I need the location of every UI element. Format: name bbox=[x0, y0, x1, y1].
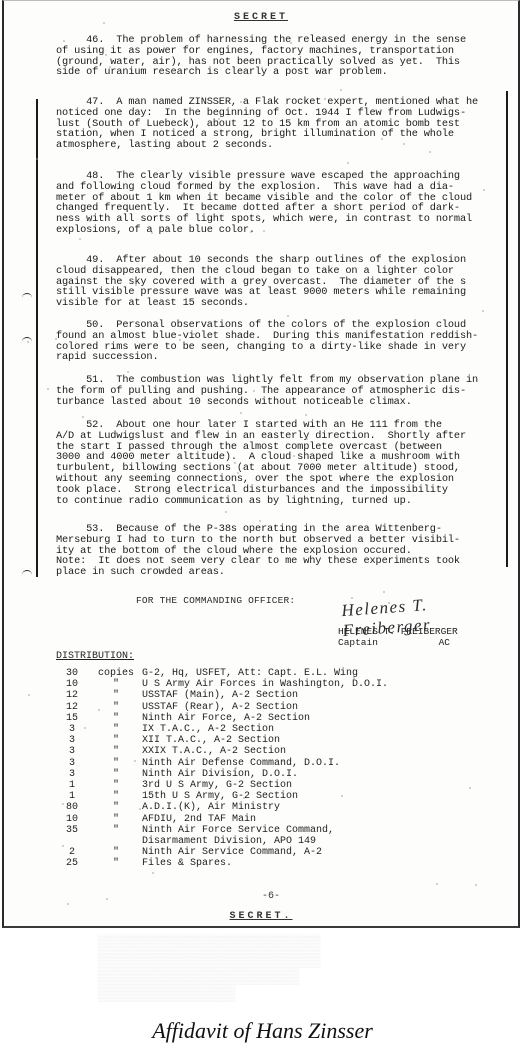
distribution-qty: 15 bbox=[54, 713, 90, 724]
distribution-destination: XII T.A.C., A-2 Section bbox=[142, 735, 454, 746]
distribution-destination: U S Army Air Forces in Washington, D.O.I… bbox=[142, 679, 454, 690]
distribution-unit: " bbox=[90, 780, 142, 791]
paragraph-46: 46. The problem of harnessing the releas… bbox=[56, 35, 496, 78]
distribution-qty: 30 bbox=[54, 668, 90, 679]
distribution-unit: " bbox=[90, 713, 142, 724]
distribution-destination: IX T.A.C., A-2 Section bbox=[142, 724, 454, 735]
distribution-unit: " bbox=[90, 847, 142, 858]
signer-rank: Captain bbox=[338, 637, 378, 648]
distribution-row: 3"XII T.A.C., A-2 Section bbox=[54, 735, 454, 746]
distribution-unit: " bbox=[90, 791, 142, 802]
distribution-qty: 12 bbox=[54, 702, 90, 713]
distribution-row: 25"Files & Spares. bbox=[54, 858, 454, 869]
distribution-destination: Files & Spares. bbox=[142, 858, 454, 869]
paragraph-49: 49. After about 10 seconds the sharp out… bbox=[56, 255, 496, 309]
document-page: SECRET 46. The problem of harnessing the… bbox=[2, 0, 520, 928]
distribution-qty: 3 bbox=[54, 746, 90, 757]
signer-block: HELENES T. FREIBERGERCaptainAC bbox=[338, 626, 458, 648]
distribution-destination: A.D.I.(K), Air Ministry bbox=[142, 802, 454, 813]
distribution-destination: AFDIU, 2nd TAF Main bbox=[142, 814, 454, 825]
classification-stamp-top: SECRET bbox=[4, 12, 518, 23]
page-number: -6- bbox=[4, 891, 518, 902]
distribution-row: 1"15th U S Army, G-2 Section bbox=[54, 791, 454, 802]
distribution-destination: USSTAF (Main), A-2 Section bbox=[142, 690, 454, 701]
paragraph-51: 51. The combustion was lightly felt from… bbox=[56, 375, 496, 407]
signoff-line: FOR THE COMMANDING OFFICER: bbox=[136, 595, 295, 606]
signer-branch: AC bbox=[439, 637, 450, 648]
classification-stamp-bottom: SECRET. bbox=[4, 911, 518, 922]
distribution-unit: " bbox=[90, 679, 142, 690]
distribution-qty: 3 bbox=[54, 758, 90, 769]
distribution-destination: Disarmament Division, APO 149 bbox=[142, 836, 454, 847]
distribution-qty bbox=[54, 836, 90, 847]
paragraph-48: 48. The clearly visible pressure wave es… bbox=[56, 171, 496, 236]
distribution-unit: " bbox=[90, 825, 142, 836]
distribution-unit: " bbox=[90, 858, 142, 869]
distribution-row: 3"Ninth Air Division, D.O.I. bbox=[54, 769, 454, 780]
distribution-qty: 3 bbox=[54, 735, 90, 746]
distribution-unit: " bbox=[90, 769, 142, 780]
distribution-destination: Ninth Air Service Command, A-2 bbox=[142, 847, 454, 858]
distribution-row: Disarmament Division, APO 149 bbox=[54, 836, 454, 847]
distribution-row: 10"U S Army Air Forces in Washington, D.… bbox=[54, 679, 454, 690]
distribution-row: 2"Ninth Air Service Command, A-2 bbox=[54, 847, 454, 858]
paragraph-52: 52. About one hour later I started with … bbox=[56, 420, 496, 506]
distribution-qty: 2 bbox=[54, 847, 90, 858]
distribution-unit: " bbox=[90, 690, 142, 701]
distribution-qty: 12 bbox=[54, 690, 90, 701]
margin-rule-left bbox=[36, 99, 38, 577]
distribution-destination: 3rd U S Army, G-2 Section bbox=[142, 780, 454, 791]
distribution-unit: " bbox=[90, 702, 142, 713]
distribution-destination: USSTAF (Rear), A-2 Section bbox=[142, 702, 454, 713]
distribution-row: 3"IX T.A.C., A-2 Section bbox=[54, 724, 454, 735]
distribution-list: 30copiesG-2, Hq, USFET, Att: Capt. E.L. … bbox=[54, 668, 454, 870]
margin-mark bbox=[22, 570, 32, 579]
distribution-row: 30copiesG-2, Hq, USFET, Att: Capt. E.L. … bbox=[54, 668, 454, 679]
distribution-qty: 3 bbox=[54, 769, 90, 780]
distribution-row: 3"Ninth Air Defense Command, D.O.I. bbox=[54, 758, 454, 769]
distribution-unit: copies bbox=[90, 668, 142, 679]
paragraph-47: 47. A man named ZINSSER, a Flak rocket e… bbox=[56, 97, 496, 151]
distribution-qty: 80 bbox=[54, 802, 90, 813]
distribution-row: 12"USSTAF (Rear), A-2 Section bbox=[54, 702, 454, 713]
distribution-qty: 1 bbox=[54, 780, 90, 791]
distribution-unit: " bbox=[90, 746, 142, 757]
distribution-unit: " bbox=[90, 735, 142, 746]
distribution-row: 12"USSTAF (Main), A-2 Section bbox=[54, 690, 454, 701]
distribution-row: 3"XXIX T.A.C., A-2 Section bbox=[54, 746, 454, 757]
distribution-qty: 10 bbox=[54, 679, 90, 690]
distribution-destination: G-2, Hq, USFET, Att: Capt. E.L. Wing bbox=[142, 668, 454, 679]
distribution-row: 1"3rd U S Army, G-2 Section bbox=[54, 780, 454, 791]
distribution-row: 15"Ninth Air Force, A-2 Section bbox=[54, 713, 454, 724]
distribution-qty: 35 bbox=[54, 825, 90, 836]
margin-rule-right bbox=[506, 91, 508, 567]
distribution-heading: DISTRIBUTION: bbox=[56, 651, 134, 662]
distribution-destination: XXIX T.A.C., A-2 Section bbox=[142, 746, 454, 757]
distribution-destination: Ninth Air Force, A-2 Section bbox=[142, 713, 454, 724]
image-caption: Affidavit of Hans Zinsser bbox=[0, 1018, 525, 1044]
distribution-row: 80"A.D.I.(K), Air Ministry bbox=[54, 802, 454, 813]
distribution-qty: 25 bbox=[54, 858, 90, 869]
distribution-unit: " bbox=[90, 814, 142, 825]
paragraph-50: 50. Personal observations of the colors … bbox=[56, 320, 496, 363]
distribution-unit: " bbox=[90, 802, 142, 813]
distribution-destination: 15th U S Army, G-2 Section bbox=[142, 791, 454, 802]
distribution-destination: Ninth Air Force Service Command, bbox=[142, 825, 454, 836]
bleed-through-text: ▒▒▒▒▒▒▒▒▒▒▒▒▒▒▒▒▒▒▒▒▒ ▒▒▒▒▒▒▒▒▒▒▒▒▒▒▒▒▒▒… bbox=[60, 935, 500, 1003]
margin-mark bbox=[22, 293, 32, 302]
distribution-row: 10"AFDIU, 2nd TAF Main bbox=[54, 814, 454, 825]
paragraph-53: 53. Because of the P-38s operating in th… bbox=[56, 524, 496, 578]
distribution-destination: Ninth Air Division, D.O.I. bbox=[142, 769, 454, 780]
distribution-unit: " bbox=[90, 724, 142, 735]
distribution-qty: 10 bbox=[54, 814, 90, 825]
distribution-destination: Ninth Air Defense Command, D.O.I. bbox=[142, 758, 454, 769]
distribution-row: 35"Ninth Air Force Service Command, bbox=[54, 825, 454, 836]
signer-name: HELENES T. FREIBERGER bbox=[338, 626, 458, 637]
distribution-qty: 3 bbox=[54, 724, 90, 735]
distribution-qty: 1 bbox=[54, 791, 90, 802]
distribution-unit bbox=[90, 836, 142, 847]
